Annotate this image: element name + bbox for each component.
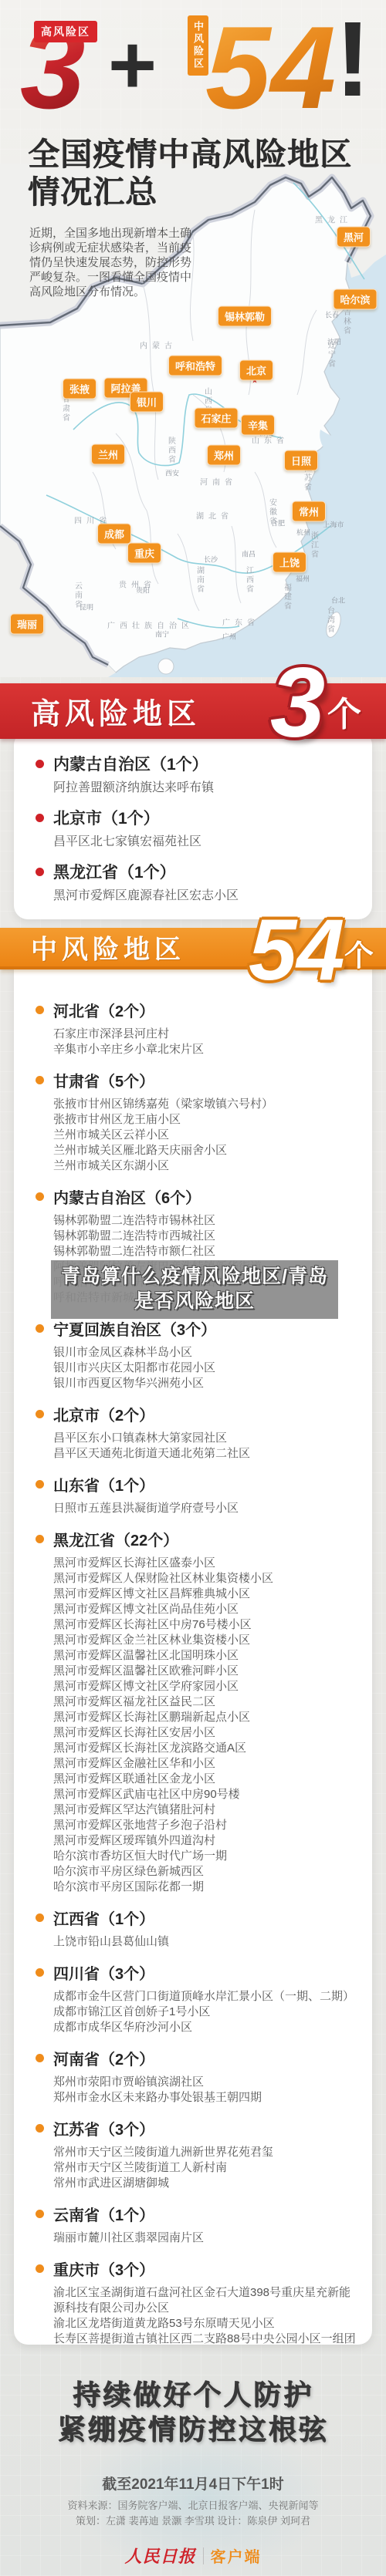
map-province-label: 广西壮族自治区 xyxy=(107,619,194,631)
bullet-dot-icon xyxy=(36,1006,44,1014)
map-city-name: 福州 xyxy=(296,574,310,584)
risk-area-item: 渝北区宝圣湖街道石盘河社区金石大道398号重庆星充新能源科技有限公司办公区 xyxy=(36,2285,358,2316)
map-province-label: 台湾省 xyxy=(324,606,336,634)
map-city-name: 杭州 xyxy=(296,528,310,538)
logo-divider xyxy=(203,2547,204,2564)
risk-area-item: 黑河市爱辉区博文社区学府家园小区 xyxy=(36,1679,358,1694)
risk-area-item: 黑河市爱辉区长海社区鹏瑞新起点小区 xyxy=(36,1710,358,1725)
map-city-badge: 哈尔滨 xyxy=(333,289,377,310)
map-city-badge: 石家庄 xyxy=(194,408,238,429)
province-header: 重庆市（3个） xyxy=(36,2257,358,2280)
map-city-name: 南昌 xyxy=(242,549,256,559)
high-risk-banner-unit: 个 xyxy=(327,686,361,736)
map-city-name: 西安 xyxy=(165,468,179,478)
bullet-dot-icon xyxy=(36,814,44,822)
province-header: 内蒙古自治区（6个） xyxy=(36,1185,358,1208)
risk-area-item: 黑河市爱辉区罕达汽镇猪肚河村 xyxy=(36,1802,358,1818)
slogan: 持续做好个人防护 紧绷疫情防控这根弦 xyxy=(0,2377,386,2447)
map-province-label: 广东省 xyxy=(222,616,259,628)
map-city-badge: 张掖 xyxy=(63,379,96,400)
risk-area-item: 哈尔滨市平房区国际花都一期 xyxy=(36,1880,358,1895)
page-title-line2: 情况汇总 xyxy=(28,174,352,211)
bullet-dot-icon xyxy=(36,2124,44,2133)
risk-area-item: 黑河市爱辉区武庙屯社区中房90号楼 xyxy=(36,1787,358,1802)
map-city-name: 合肥 xyxy=(271,518,285,528)
bullet-dot-icon xyxy=(36,2264,44,2273)
province-name: 北京市（2个） xyxy=(53,1403,154,1425)
risk-area-item: 石家庄市深泽县河庄村 xyxy=(36,1027,358,1042)
risk-area-item: 哈尔滨市香坊区恒大时代广场一期 xyxy=(36,1849,358,1864)
province-header: 云南省（1个） xyxy=(36,2203,358,2225)
map-city-name: 上海市 xyxy=(323,520,344,530)
province-header: 黑龙江省（1个） xyxy=(36,860,357,883)
map-city-name: 沈阳 xyxy=(327,337,341,347)
province-header: 江苏省（3个） xyxy=(36,2117,358,2139)
map-city-name: 长春 xyxy=(325,310,339,320)
province-header: 河北省（2个） xyxy=(36,999,358,1021)
province-name: 山东省（1个） xyxy=(53,1473,154,1495)
risk-area-item: 长寿区菩提街道古镇社区西二支路88号中央公园小区一组团 xyxy=(36,2332,358,2347)
high-risk-banner-title: 高风险地区 xyxy=(31,690,201,733)
risk-area-item: 常州市天宁区兰陵街道工人新村南 xyxy=(36,2160,358,2176)
map-city-badge: 重庆 xyxy=(127,543,161,564)
risk-area-item: 锡林郭勒盟二连浩特市额仁社区 xyxy=(36,1244,358,1259)
bullet-dot-icon xyxy=(36,1324,44,1333)
province-name: 北京市（1个） xyxy=(53,806,160,829)
risk-area-item: 黑河市爱辉区博文社区尚品佳苑小区 xyxy=(36,1602,358,1617)
risk-area-item: 瑞丽市麓川社区翡翠园南片区 xyxy=(36,2230,358,2246)
bullet-dot-icon xyxy=(36,760,44,768)
risk-area-item: 常州市武进区湖塘御城 xyxy=(36,2176,358,2191)
risk-area-item: 辛集市小辛庄乡小章北宋片区 xyxy=(36,1042,358,1057)
map-city-badge: 银川 xyxy=(130,392,164,413)
slogan-line2: 紧绷疫情防控这根弦 xyxy=(0,2412,386,2446)
risk-area-item: 黑河市爱辉区瑷珲镇外四道沟村 xyxy=(36,1833,358,1849)
bullet-dot-icon xyxy=(36,1192,44,1201)
high-risk-card: 内蒙古自治区（1个）阿拉善盟额济纳旗达来呼布镇北京市（1个）昌平区北七家镇宏福苑… xyxy=(14,731,372,919)
map-city-badge: 日照 xyxy=(284,450,318,471)
map-province-label: 陕西省 xyxy=(165,437,177,464)
risk-area-item: 张掖市甘州区锦绣嘉苑（梁家墩镇六号村） xyxy=(36,1097,358,1112)
province-header: 河南省（2个） xyxy=(36,2047,358,2069)
plus-sign: + xyxy=(108,23,157,106)
risk-area-item: 黑河市爱辉区博文社区昌辉雅典城小区 xyxy=(36,1586,358,1602)
medium-risk-card: 河北省（2个）石家庄市深泽县河庄村辛集市小辛庄乡小章北宋片区甘肃省（5个）张掖市… xyxy=(14,936,372,2345)
peoples-daily-logo: 人民日报 xyxy=(124,2544,195,2568)
province-name: 宁夏回族自治区（3个） xyxy=(53,1317,216,1340)
medium-risk-count-big: 54 xyxy=(205,12,336,123)
page-title: 全国疫情中高风险地区 情况汇总 xyxy=(28,136,352,211)
medium-risk-banner-unit: 个 xyxy=(344,932,374,974)
risk-area-item: 兰州市城关区雁北路天庆丽舍小区 xyxy=(36,1143,358,1158)
province-name: 内蒙古自治区（6个） xyxy=(53,1185,201,1208)
risk-area-item: 昌平区北七家镇宏福苑社区 xyxy=(36,834,357,850)
bullet-dot-icon xyxy=(36,868,44,876)
medium-risk-banner-title: 中风险地区 xyxy=(31,929,185,966)
province-name: 云南省（1个） xyxy=(53,2203,154,2225)
risk-area-item: 黑河市爱辉区长海社区盛泰小区 xyxy=(36,1556,358,1571)
map-city-badge: 郑州 xyxy=(207,445,241,466)
map-city-name: 广州 xyxy=(222,632,236,642)
province-header: 甘肃省（5个） xyxy=(36,1069,358,1091)
risk-area-item: 兰州市城关区东湖小区 xyxy=(36,1158,358,1174)
bullet-dot-icon xyxy=(36,1535,44,1543)
province-name: 黑龙江省（22个） xyxy=(53,1528,178,1550)
province-header: 宁夏回族自治区（3个） xyxy=(36,1317,358,1340)
map-province-label: 湖南省 xyxy=(194,566,205,594)
credits: 策划：左潇 裴苒迪 景灏 李雪琪 设计：陈泉伊 刘珂君 xyxy=(0,2513,386,2527)
map-province-label: 吉林省 xyxy=(340,308,352,335)
exclamation-mark: ! xyxy=(335,6,371,113)
bullet-dot-icon xyxy=(36,2054,44,2062)
province-name: 甘肃省（5个） xyxy=(53,1069,154,1091)
high-risk-banner-count: 3 xyxy=(270,662,325,746)
risk-area-item: 昌平区东小口镇森林大第家园社区 xyxy=(36,1431,358,1446)
bullet-dot-icon xyxy=(36,1968,44,1977)
map-city-badge: 黑河 xyxy=(337,227,371,248)
high-risk-tag: 高风险区 xyxy=(34,21,97,42)
data-source: 资料来源：国务院客户端、北京日报客户端、央视新闻等 xyxy=(0,2497,386,2512)
map-city-name: 台北 xyxy=(331,595,345,605)
risk-area-item: 黑河市爱辉区长海社区安居小区 xyxy=(36,1725,358,1741)
risk-area-item: 郑州市荥阳市贾峪镇滨湖社区 xyxy=(36,2075,358,2090)
province-header: 北京市（2个） xyxy=(36,1403,358,1425)
data-deadline: 截至2021年11月4日下午1时 xyxy=(0,2473,386,2493)
risk-area-item: 锡林郭勒盟二连浩特市锡林社区 xyxy=(36,1213,358,1229)
province-name: 四川省（3个） xyxy=(53,1961,154,1984)
slogan-line1: 持续做好个人防护 xyxy=(0,2377,386,2412)
risk-area-item: 上饶市铅山县葛仙山镇 xyxy=(36,1934,358,1950)
map-province-label: 湖北省 xyxy=(196,510,233,521)
risk-area-item: 阿拉善盟额济纳旗达来呼布镇 xyxy=(36,780,357,796)
risk-area-item: 黑河市爱辉区温馨社区欧雅河畔小区 xyxy=(36,1664,358,1679)
hainan-island xyxy=(158,659,174,674)
risk-area-item: 哈尔滨市平房区绿色新城西区 xyxy=(36,1864,358,1880)
map-city-badge: 兰州 xyxy=(91,444,125,465)
map-city-badge: 辛集 xyxy=(241,415,275,436)
province-header: 北京市（1个） xyxy=(36,806,357,829)
map-city-name: 南宁 xyxy=(155,629,169,639)
province-name: 内蒙古自治区（1个） xyxy=(53,752,208,775)
province-header: 四川省（3个） xyxy=(36,1961,358,1984)
risk-area-item: 黑河市爱辉区联通社区金龙小区 xyxy=(36,1772,358,1787)
province-header: 黑龙江省（22个） xyxy=(36,1528,358,1550)
bullet-dot-icon xyxy=(36,1410,44,1418)
publisher-logo: 人民日报 客户端 xyxy=(0,2544,386,2568)
risk-area-item: 兰州市城关区云祥小区 xyxy=(36,1128,358,1143)
risk-area-item: 成都市成华区华府沙河小区 xyxy=(36,2020,358,2035)
bullet-dot-icon xyxy=(36,1076,44,1084)
map-province-label: 福建省 xyxy=(281,583,293,611)
province-name: 江苏省（3个） xyxy=(53,2117,154,2139)
risk-area-item: 银川市金凤区森林半岛小区 xyxy=(36,1345,358,1360)
risk-area-item: 黑河市爱辉区金兰社区林业集资楼小区 xyxy=(36,1633,358,1648)
risk-area-item: 黑河市爱辉区金融社区华和小区 xyxy=(36,1756,358,1772)
risk-area-item: 郑州市金水区未来路办事处银基王朝四期 xyxy=(36,2090,358,2106)
infographic-poster: 高风险区 3 + 中风险区 54 ! 全国疫情中高风险地区 情况汇总 近期，全国… xyxy=(0,0,386,2576)
risk-area-item: 黑河市爱辉区人保财险社区林业集资楼小区 xyxy=(36,1571,358,1586)
map-city-badge: 北京 xyxy=(239,360,273,381)
province-name: 河南省（2个） xyxy=(53,2047,154,2069)
map-city-name: 贵阳 xyxy=(136,585,150,595)
map-city-badge: 锡林郭勒 xyxy=(218,306,272,327)
risk-area-item: 锡林郭勒盟二连浩特市西城社区 xyxy=(36,1229,358,1244)
map-province-label: 河南省 xyxy=(200,476,237,487)
map-city-badge: 瑞丽 xyxy=(10,614,44,635)
risk-area-item: 日照市五莲县洪凝街道学府壹号小区 xyxy=(36,1501,358,1516)
risk-area-item: 黑河市爱辉区温馨社区北国明珠小区 xyxy=(36,1648,358,1664)
map-city-badge: 上饶 xyxy=(273,552,306,573)
map-city-name: 长沙 xyxy=(204,555,218,565)
province-header: 江西省（1个） xyxy=(36,1907,358,1929)
risk-area-item: 银川市西夏区物华兴洲苑小区 xyxy=(36,1376,358,1391)
risk-area-item: 黑河市爱辉区长海社区中房76号楼小区 xyxy=(36,1617,358,1633)
map-city-badge: 成都 xyxy=(97,524,131,545)
bullet-dot-icon xyxy=(36,2210,44,2218)
risk-area-item: 成都市锦江区首创娇子1号小区 xyxy=(36,2004,358,2020)
risk-area-item: 张掖市甘州区龙王庙小区 xyxy=(36,1112,358,1128)
province-header: 山东省（1个） xyxy=(36,1473,358,1495)
risk-area-item: 昌平区天通苑北街道天通北苑第二社区 xyxy=(36,1446,358,1462)
province-name: 黑龙江省（1个） xyxy=(53,860,176,883)
map-city-badge: 常州 xyxy=(292,501,326,522)
risk-area-item: 黑河市爱辉区张地营子乡泡子沿村 xyxy=(36,1818,358,1833)
medium-risk-tag: 中风险区 xyxy=(188,15,208,76)
risk-area-item: 银川市兴庆区太阳都市花园小区 xyxy=(36,1360,358,1376)
risk-area-item: 常州市天宁区兰陵街道九洲新世界花苑君玺 xyxy=(36,2145,358,2160)
map-province-label: 江西省 xyxy=(243,566,255,594)
province-name: 重庆市（3个） xyxy=(53,2257,154,2280)
page-title-line1: 全国疫情中高风险地区 xyxy=(28,136,352,174)
bullet-dot-icon xyxy=(36,1480,44,1489)
risk-area-item: 成都市金牛区营门口街道顶峰水岸汇景小区（一期、二期） xyxy=(36,1989,358,2004)
client-app-label: 客户端 xyxy=(211,2544,262,2567)
map-city-name: 昆明 xyxy=(80,602,93,612)
bullet-dot-icon xyxy=(36,1913,44,1922)
risk-area-item: 黑河市爱辉区长海社区龙滨路交通A区 xyxy=(36,1741,358,1756)
map-city-badge: 呼和浩特 xyxy=(168,356,222,376)
risk-area-item: 黑河市爱辉区福龙社区益民二区 xyxy=(36,1694,358,1710)
overlay-caption: 青岛算什么疫情风险地区/青岛是否风险地区 xyxy=(51,1260,338,1319)
intro-paragraph: 近期，全国多地出现新增本土确诊病例或无症状感染者，当前疫情仍呈快速发展态势，防控… xyxy=(29,226,201,299)
province-name: 河北省（2个） xyxy=(53,999,154,1021)
province-name: 江西省（1个） xyxy=(53,1907,154,1929)
medium-risk-banner-count: 54 xyxy=(249,913,345,986)
map-province-label: 内蒙古 xyxy=(140,339,177,351)
risk-area-item: 渝北区龙塔街道黄龙路53号东原晴天见小区 xyxy=(36,2316,358,2332)
map-province-label: 黑龙江 xyxy=(315,214,352,225)
